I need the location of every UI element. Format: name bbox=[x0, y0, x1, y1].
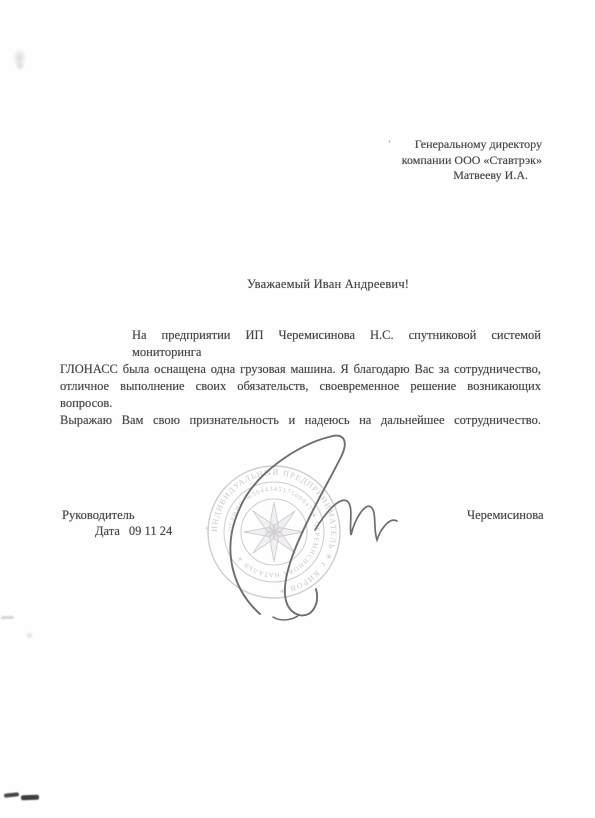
recipient-block: Генеральному директору компании ООО «Ста… bbox=[383, 137, 542, 184]
body-line: отличное выполнение своих обязательств, … bbox=[60, 378, 541, 412]
signer-name: Черемисинова bbox=[467, 508, 544, 523]
salutation: Уважаемый Иван Андреевич! bbox=[247, 277, 409, 292]
recipient-line: Генеральному директору bbox=[383, 137, 542, 153]
recipient-line: Матвееву И.А. bbox=[383, 168, 542, 184]
scanned-letter-page: ʼ · Генеральному директору компании ООО … bbox=[0, 0, 595, 818]
scan-artifact-dash bbox=[1, 616, 14, 619]
scan-artifact-pen-dash bbox=[4, 792, 19, 798]
signatory-role: Руководитель bbox=[62, 508, 135, 523]
scan-artifact-dot bbox=[17, 62, 23, 69]
date-label: Дата bbox=[95, 524, 120, 538]
scan-artifact-pen-dash bbox=[21, 795, 39, 800]
date-line: Дата09 11 24 bbox=[95, 524, 172, 539]
recipient-line: компании ООО «Ставтрэк» bbox=[383, 153, 542, 169]
body-line: ГЛОНАСС была оснащена одна грузовая маши… bbox=[60, 361, 541, 378]
scan-artifact-dot bbox=[27, 633, 32, 638]
signature-strokes bbox=[203, 428, 403, 624]
date-value: 09 11 24 bbox=[129, 524, 172, 538]
body-line: На предприятии ИП Черемисинова Н.С. спут… bbox=[60, 327, 541, 361]
body-paragraph: На предприятии ИП Черемисинова Н.С. спут… bbox=[60, 327, 541, 429]
handwritten-signature bbox=[203, 428, 403, 624]
body-line: Выражаю Вам свою признательность и надею… bbox=[60, 412, 541, 429]
